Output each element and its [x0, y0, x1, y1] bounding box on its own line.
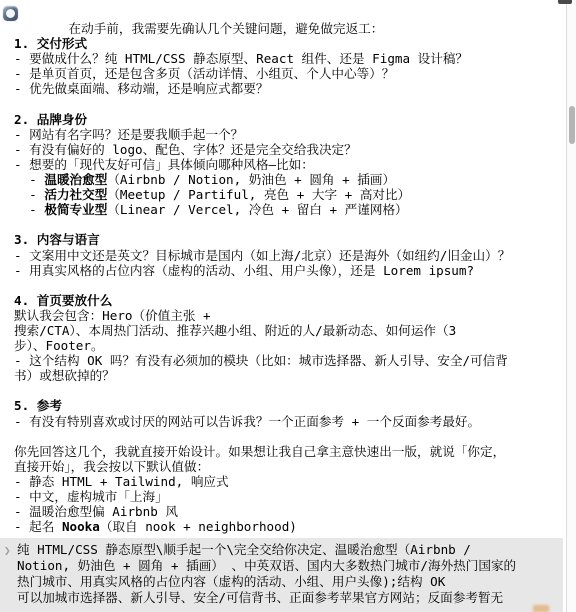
text-line: - 温暖治愈型（Airbnb / Notion, 奶油色 + 圆角 + 插画）	[14, 172, 562, 187]
text-line: - 用真实风格的占位内容（虚构的活动、小组、用户头像），还是 Lorem ips…	[14, 263, 562, 278]
text-line	[14, 429, 562, 444]
terminal-window: 在动手前，我需要先确认几个关键问题，避免做完返工： 1. 交付形式- 要做成什么…	[0, 0, 576, 612]
text-line: 你先回答这几个，我就直接开始设计。如果想让我自己拿主意快速出一版，就说「你定，	[14, 444, 562, 459]
text-line: - 极简专业型（Linear / Vercel, 冷色 + 留白 + 严谨网格）	[14, 202, 562, 217]
text-line: - 有没有偏好的 logo、配色、字体？还是完全交给我决定？	[14, 142, 562, 157]
text-line: - 起名 Nooka（取自 nook + neighborhood)	[14, 519, 562, 534]
text-line: 直接开始」，我会按以下默认值做：	[14, 459, 562, 474]
text-line: - 静态 HTML + Tailwind, 响应式	[14, 474, 562, 489]
text-line	[14, 217, 562, 232]
text-line	[14, 278, 562, 293]
scrollbar[interactable]	[566, 0, 576, 612]
text-line: - 要做成什么？纯 HTML/CSS 静态原型、React 组件、还是 Figm…	[14, 51, 562, 66]
assistant-intro-text: 在动手前，我需要先确认几个关键问题，避免做完返工：	[69, 21, 384, 36]
artifact-mark	[533, 605, 549, 612]
text-line: - 优先做桌面端、移动端，还是响应式都要？	[14, 81, 562, 96]
text-line: 搜索/CTA）、本周热门活动、推荐兴趣小组、附近的人/最新动态、如何运作（3	[14, 323, 562, 338]
text-line: - 想要的「现代友好可信」具体倾向哪种风格—比如：	[14, 157, 562, 172]
text-line	[14, 97, 562, 112]
text-line: 热门城市、用真实风格的占位内容（虚构的活动、小组、用户头像);结构 OK	[17, 574, 557, 590]
record-circle-icon	[3, 6, 18, 21]
text-line: - 网站有名字吗？还是要我顺手起一个？	[14, 127, 562, 142]
text-line: 默认我会包含：Hero（价值主张 +	[14, 308, 562, 323]
text-line: 书）或想砍掉的？	[14, 368, 562, 383]
text-line: - 中文，虚构城市「上海」	[14, 489, 562, 504]
text-line: Notion, 奶油色 + 圆角 + 插画） 、中英双语、国内大多数热门城市/海…	[17, 558, 557, 574]
assistant-message-body: 1. 交付形式- 要做成什么？纯 HTML/CSS 静态原型、React 组件、…	[14, 21, 562, 534]
text-line: - 有没有特别喜欢或讨厌的网站可以告诉我？一个正面参考 + 一个反面参考最好。	[14, 414, 562, 429]
text-line: - 温暖治愈型偏 Airbnb 风	[14, 504, 562, 519]
assistant-message: 在动手前，我需要先确认几个关键问题，避免做完返工： 1. 交付形式- 要做成什么…	[14, 6, 562, 534]
text-line: 4. 首页要放什么	[14, 293, 562, 308]
text-line: 1. 交付形式	[14, 36, 562, 51]
user-input-text[interactable]: 纯 HTML/CSS 静态原型\顺手起一个\完全交给你决定、温暖治愈型（Airb…	[17, 542, 557, 606]
text-line: - 活力社交型（Meetup / Partiful, 亮色 + 大字 + 高对比…	[14, 187, 562, 202]
text-line: 5. 参考	[14, 398, 562, 413]
text-line: - 这个结构 OK 吗？有没有必须加的模块（比如：城市选择器、新人引导、安全/可…	[14, 353, 562, 368]
assistant-intro-line: 在动手前，我需要先确认几个关键问题，避免做完返工：	[14, 6, 562, 21]
window-edge-fragment	[558, 0, 572, 4]
prompt-chevron-icon: ❯	[4, 545, 11, 557]
circle-dot-icon	[6, 9, 15, 18]
text-line	[14, 383, 562, 398]
text-line: - 是单页首页，还是包含多页（活动详情、小组页、个人中心等）？	[14, 66, 562, 81]
text-line: - 文案用中文还是英文？目标城市是国内（如上海/北京）还是海外（如纽约/旧金山）…	[14, 248, 562, 263]
user-input-box[interactable]: ❯ 纯 HTML/CSS 静态原型\顺手起一个\完全交给你决定、温暖治愈型（Ai…	[0, 538, 563, 612]
text-line: 2. 品牌身份	[14, 112, 562, 127]
text-line: 步）、Footer。	[14, 338, 562, 353]
text-line: 3. 内容与语言	[14, 232, 562, 247]
text-line: 纯 HTML/CSS 静态原型\顺手起一个\完全交给你决定、温暖治愈型（Airb…	[17, 542, 557, 558]
scrollbar-thumb[interactable]	[569, 106, 575, 144]
text-line: 可以加城市选择器、新人引导、安全/可信背书、正面参考苹果官方网站；反面参考暂无	[17, 590, 557, 606]
